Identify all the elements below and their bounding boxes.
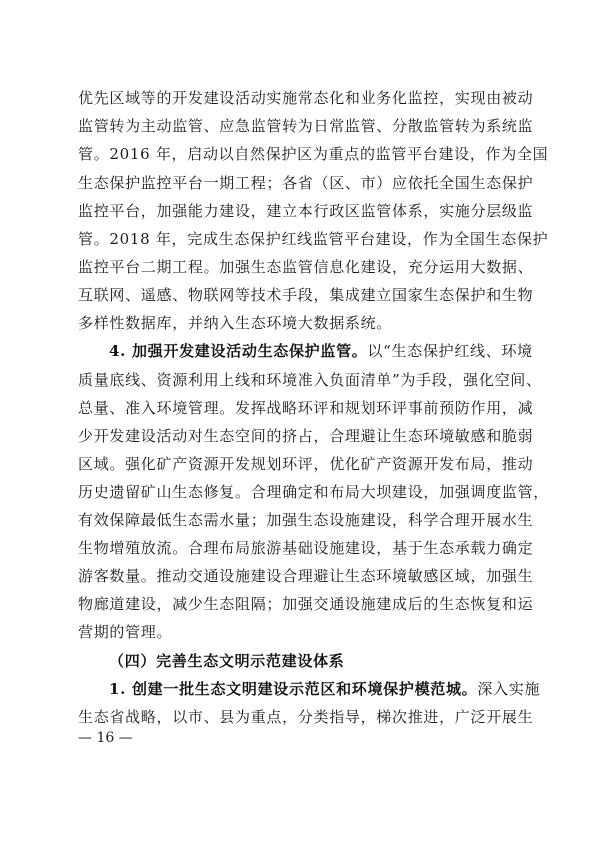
body-text-line: 区域。强化矿产资源开发规划环评，优化矿产资源开发布局，推动 [78,450,519,478]
item-1-heading: 1. 创建一批生态文明建设示范区和环境保护模范城。 [109,680,477,698]
body-text-line: 监控平台，加强能力建设，建立本行政区监管体系，实施分层级监 [78,197,519,225]
item-1-text: 深入实施 [477,680,540,698]
body-text-line: 监控平台二期工程。加强生态监管信息化建设，充分运用大数据、 [78,253,519,281]
item-4-heading: 4. 加强开发建设活动生态保护监管。 [109,342,367,360]
body-text-line: 少开发建设活动对生态空间的挤占，合理避让生态环境敏感和脆弱 [78,422,519,450]
document-page: 优先区域等的开发建设活动实施常态化和业务化监控，实现由被动 监管转为主动监管、应… [0,0,596,842]
body-text-line: 多样性数据库，并纳入生态环境大数据系统。 [78,309,519,337]
body-text-line: 物廊道建设，减少生态阻隔；加强交通设施建成后的生态恢复和运 [78,590,519,618]
body-text-line: 管。2016 年，启动以自然保护区为重点的监管平台建设，作为全国 [78,140,519,168]
body-text-line: 生态保护监控平台一期工程；各省（区、市）应依托全国生态保护 [78,169,519,197]
body-text-line: 总量、准入环境管理。发挥战略环评和规划环评事前预防作用，减 [78,394,519,422]
body-text-line: 管。2018 年，完成生态保护红线监管平台建设，作为全国生态保护 [78,225,519,253]
item-4-text: 以“生态保护红线、环境 [367,342,532,360]
body-text-line: 游客数量。推动交通设施建设合理避让生态环境敏感区域，加强生 [78,562,519,590]
body-text-line: 监管转为主动监管、应急监管转为日常监管、分散监管转为系统监 [78,112,519,140]
body-text-line: 历史遗留矿山生态修复。合理确定和布局大坝建设，加强调度监管， [78,478,519,506]
body-text-line: 优先区域等的开发建设活动实施常态化和业务化监控，实现由被动 [78,84,519,112]
body-text-line: 互联网、遥感、物联网等技术手段，集成建立国家生态保护和生物 [78,281,519,309]
item-4-first-line: 4. 加强开发建设活动生态保护监管。以“生态保护红线、环境 [109,337,519,365]
page-number: — 16 — [78,726,133,750]
body-text-line: 生物增殖放流。合理布局旅游基础设施建设，基于生态承载力确定 [78,534,519,562]
body-text-line: 质量底线、资源利用上线和环境准入负面清单”为手段，强化空间、 [78,366,519,394]
section-heading: （四）完善生态文明示范建设体系 [109,647,409,675]
body-text-line: 生态省战略，以市、县为重点，分类指导，梯次推进，广泛开展生 [78,703,519,731]
body-text-line: 有效保障最低生态需水量；加强生态设施建设，科学合理开展水生 [78,506,519,534]
item-1-first-line: 1. 创建一批生态文明建设示范区和环境保护模范城。深入实施 [109,675,519,703]
body-text-line: 营期的管理。 [78,618,519,646]
